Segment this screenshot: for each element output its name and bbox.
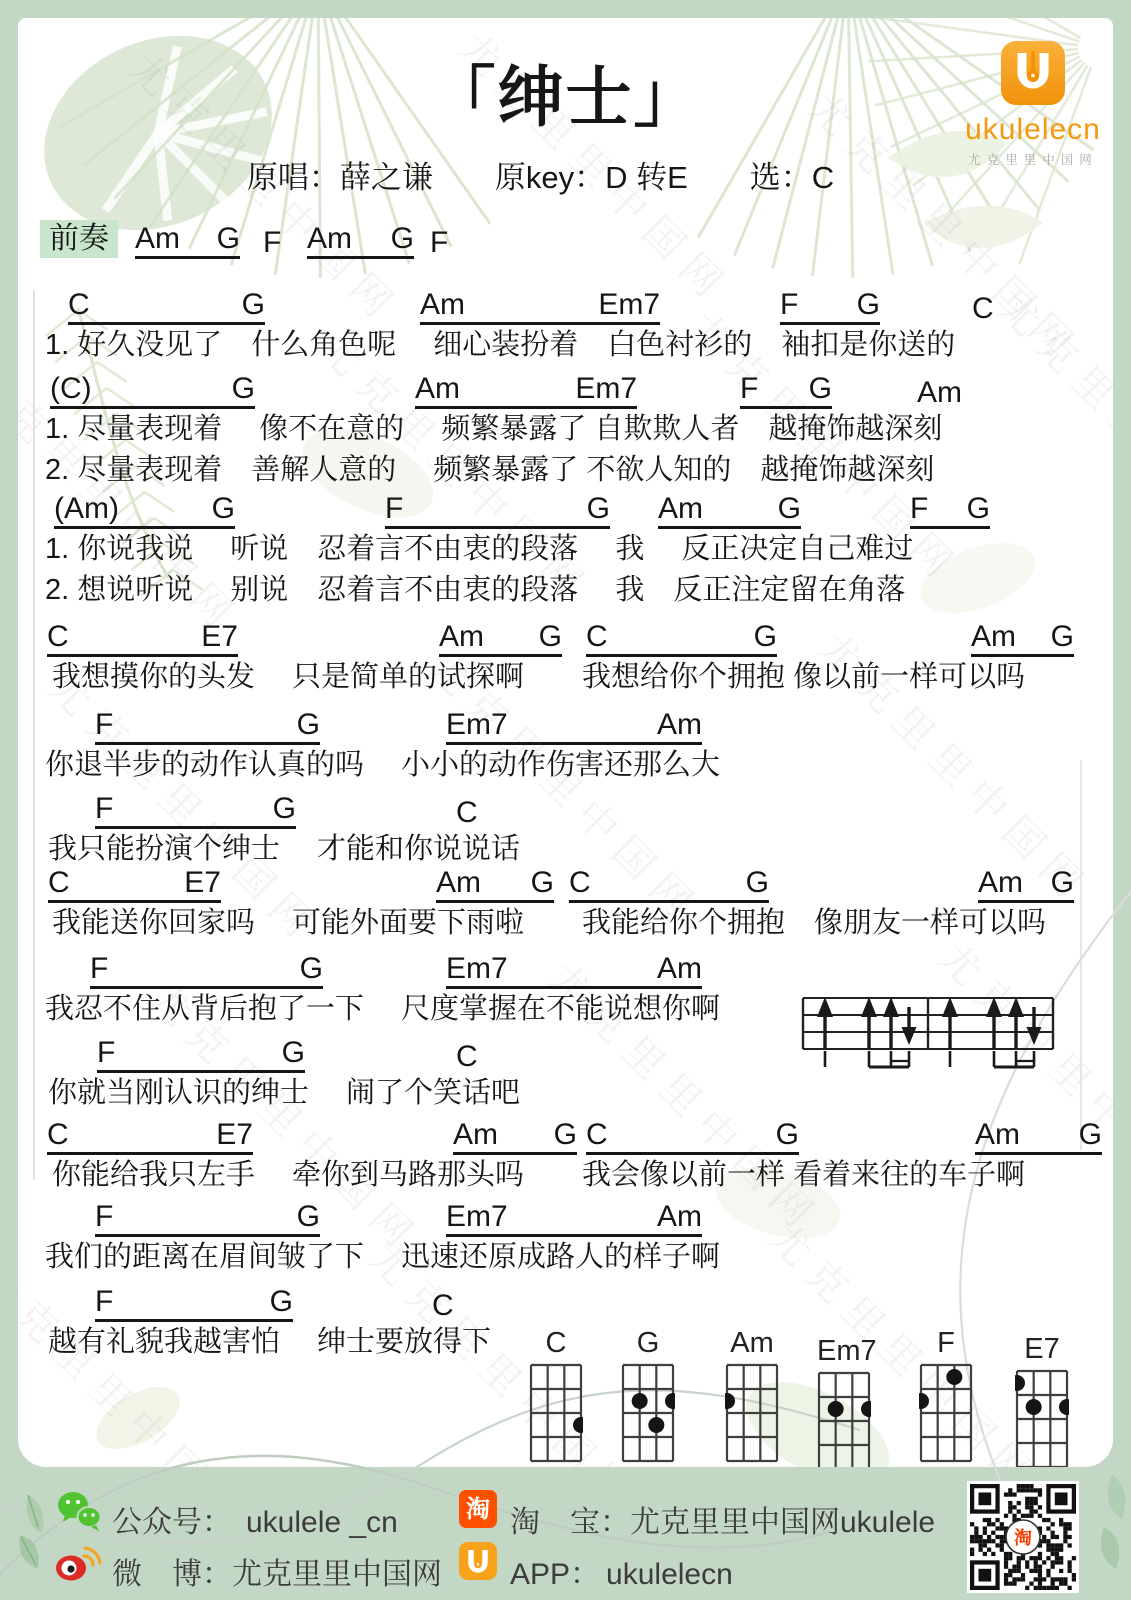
chord-row: (Am)GFGAmGFG [18, 492, 1113, 529]
chord-group: CG [586, 620, 777, 657]
chord: F [385, 492, 403, 525]
chord: G [809, 372, 832, 405]
lyric-line: 2. 尽量表现着 善解人意的 频繁暴露了 不欲人知的 越掩饰越深刻 [18, 450, 1113, 491]
chord: Em7 [575, 372, 637, 405]
chord-group: FG [910, 492, 990, 529]
chord-diagram-G: G [621, 1328, 675, 1467]
chord-diagram-label: F [919, 1328, 973, 1358]
chord-row: FGEm7Am [18, 952, 1113, 989]
chord: G [857, 288, 880, 321]
chord-diagram-label: Em7 [817, 1336, 871, 1366]
chord: (C) [50, 372, 92, 405]
weibo-value: 尤克里里中国网 [232, 1558, 442, 1591]
chord-row: FGC [18, 1285, 1113, 1322]
leaf-decoration [8, 1475, 78, 1585]
chord-diagram-E7: E7 [1015, 1334, 1069, 1467]
chord-group: AmG [658, 492, 801, 529]
chord: G [212, 492, 235, 525]
chord: Am [453, 1118, 498, 1151]
chord: G [776, 1118, 799, 1151]
chord: E7 [184, 866, 221, 899]
chord-group: Em7Am [446, 1200, 702, 1237]
chord-group: F [263, 226, 281, 259]
chord: Am [975, 1118, 1020, 1151]
chord: Am [658, 492, 703, 525]
sheet-card: 尤克里里中国网尤克里里中国网尤克里里中国网尤克里里中国网尤克里里中国网尤克里里中… [18, 18, 1113, 1467]
chord: F [97, 1036, 115, 1069]
chord-group: FG [95, 792, 296, 829]
chord-group: CE7 [47, 1118, 253, 1155]
chord: G [539, 620, 562, 653]
strumming-pattern [797, 986, 1059, 1079]
chord-sheet-page: 尤克里里中国网尤克里里中国网尤克里里中国网尤克里里中国网尤克里里中国网尤克里里中… [0, 0, 1131, 1600]
leaf-decoration [1082, 1469, 1131, 1589]
app-icon [458, 1541, 498, 1581]
chord-row: FGEm7Am [18, 1200, 1113, 1237]
chord: G [1051, 620, 1074, 653]
chord: G [297, 708, 320, 741]
chord: C [48, 866, 70, 899]
lyric-line: 1. 好久没见了 什么角色呢 细心装扮着 白色衬衫的 袖扣是你送的 [18, 325, 1113, 366]
chord: G [754, 620, 777, 653]
chord: Am [135, 222, 180, 255]
intro-label: 前奏 [40, 220, 118, 258]
chord-diagram-label: C [529, 1328, 583, 1358]
chord: Em7 [446, 952, 508, 985]
chord-group: CG [569, 866, 769, 903]
chord-group: FG [780, 288, 880, 325]
taobao-icon: 淘 [458, 1489, 498, 1529]
chord-group: CG [68, 288, 265, 325]
chord-row: FGC [18, 792, 1113, 829]
chord: Am [307, 222, 352, 255]
song-line: (C)GAmEm7FGAm1. 尽量表现着 像不在意的 频繁暴露了 自欺欺人者 … [18, 372, 1113, 491]
chord: (Am) [54, 492, 119, 525]
logo-name: ukulelecn [938, 113, 1113, 147]
chord-group: CE7 [47, 620, 238, 657]
chord: C [972, 292, 994, 325]
chord: F [90, 952, 108, 985]
chord: Am [436, 866, 481, 899]
chord: F [740, 372, 758, 405]
taobao-row: 淘 宝：尤克里里中国网ukulele [510, 1497, 935, 1541]
chord-group: CE7 [48, 866, 221, 903]
chord-group: C [456, 796, 478, 829]
song-line: CGAmEm7FGC1. 好久没见了 什么角色呢 细心装扮着 白色衬衫的 袖扣是… [18, 288, 1113, 366]
chord: F [95, 792, 113, 825]
chord: Am [917, 376, 962, 409]
song-line: FGC我只能扮演个绅士 才能和你说说话 [18, 792, 1113, 870]
taobao-label: 淘 宝： [510, 1506, 630, 1539]
wechat-value: ukulele _cn [246, 1506, 398, 1539]
chord: C [47, 1118, 69, 1151]
chord: C [586, 1118, 608, 1151]
chord: G [1051, 866, 1074, 899]
chord-group: AmG [439, 620, 562, 657]
song-meta: 原唱：薛之谦 原key：D 转E 选：C [18, 152, 1088, 197]
chord: G [232, 372, 255, 405]
wechat-row: 公众号：ukulele _cn [112, 1497, 398, 1541]
chord-diagram-Em7: Em7 [817, 1336, 871, 1467]
chord: Am [420, 288, 465, 321]
chord-group: (C)G [50, 372, 255, 409]
lyric-line: 2. 想说听说 别说 忍着言不由衷的段落 我 反正注定留在角落 [18, 570, 1113, 611]
chord: F [263, 226, 281, 259]
ukulelecn-logo-icon [1000, 40, 1066, 106]
chord: C [68, 288, 90, 321]
chord: Am [439, 620, 484, 653]
chord: G [967, 492, 990, 525]
chord-group: FG [95, 1200, 320, 1237]
weibo-row: 微 博：尤克里里中国网 [112, 1549, 442, 1593]
chord-group: FG [740, 372, 832, 409]
chord: C [586, 620, 608, 653]
song-line: CE7AmGCGAmG我能送你回家吗 可能外面要下雨啦 我能给你个拥抱 像朋友一… [18, 866, 1113, 944]
chord-diagram-label: E7 [1015, 1334, 1069, 1364]
wechat-label: 公众号： [112, 1506, 232, 1539]
chord: Am [971, 620, 1016, 653]
chord: G [746, 866, 769, 899]
lyric-line: 你能给我只左手 牵你到马路那头吗 我会像以前一样 看着来往的车子啊 [18, 1155, 1113, 1196]
chord-group: C [972, 292, 994, 325]
chord: G [778, 492, 801, 525]
chord: F [430, 226, 448, 259]
svg-text:淘: 淘 [1014, 1527, 1032, 1548]
site-logo: ukulelecn 尤克里里中国网 [938, 40, 1113, 168]
chord: G [217, 222, 240, 255]
chord-group: AmG [307, 222, 414, 259]
chord-group: CG [586, 1118, 799, 1155]
chord-group: Em7Am [446, 952, 702, 989]
chord-row: FGEm7Am [18, 708, 1113, 745]
lyric-line: 1. 你说我说 听说 忍着言不由衷的段落 我 反正决定自己难过 [18, 529, 1113, 570]
chord: G [391, 222, 414, 255]
chord-row: CGAmEm7FGC [18, 288, 1113, 325]
chord-group: AmEm7 [420, 288, 660, 325]
lyric-line: 你退半步的动作认真的吗 小小的动作伤害还那么大 [18, 745, 1113, 786]
chord: G [270, 1285, 293, 1318]
chord: Am [657, 952, 702, 985]
chord: C [47, 620, 69, 653]
chord-group: FG [97, 1036, 305, 1073]
chord-group: AmG [975, 1118, 1102, 1155]
chord: G [587, 492, 610, 525]
chord-group: AmG [971, 620, 1074, 657]
lyric-line: 我能送你回家吗 可能外面要下雨啦 我能给你个拥抱 像朋友一样可以吗 [18, 903, 1113, 944]
chord-row: CE7AmGCGAmG [18, 1118, 1113, 1155]
chord: F [780, 288, 798, 321]
chord-group: AmG [978, 866, 1074, 903]
chord-diagram-label: G [621, 1328, 675, 1358]
chord: C [569, 866, 591, 899]
chord-group: AmG [135, 222, 240, 259]
lyric-line: 我们的距离在眉间皱了下 迅速还原成路人的样子啊 [18, 1237, 1113, 1278]
chord: E7 [201, 620, 238, 653]
chord: F [910, 492, 928, 525]
chord: G [242, 288, 265, 321]
chord-group: FG [90, 952, 323, 989]
chord-group: AmEm7 [415, 372, 637, 409]
chord: Em7 [446, 1200, 508, 1233]
chord-group: C [432, 1289, 454, 1322]
intro-chord-row: 前奏 AmGFAmGF [18, 222, 1113, 259]
song-line: FGEm7Am你退半步的动作认真的吗 小小的动作伤害还那么大 [18, 708, 1113, 786]
intro-section: 前奏 AmGFAmGF [18, 222, 1113, 259]
chord: C [456, 796, 478, 829]
chord: Am [978, 866, 1023, 899]
chord: G [300, 952, 323, 985]
app-row: APP：ukulelecn [510, 1549, 733, 1593]
chord: C [456, 1040, 478, 1073]
lyric-line: 1. 尽量表现着 像不在意的 频繁暴露了 自欺欺人者 越掩饰越深刻 [18, 409, 1113, 450]
qr-code: 淘 [967, 1481, 1079, 1598]
chord: Am [657, 708, 702, 741]
chord: C [432, 1289, 454, 1322]
chord-group: FG [385, 492, 610, 529]
chord: Em7 [598, 288, 660, 321]
chord-group: FG [95, 708, 320, 745]
chord-row: (C)GAmEm7FGAm [18, 372, 1113, 409]
lyric-line: 我只能扮演个绅士 才能和你说说话 [18, 829, 1113, 870]
chord-diagram-Am: Am [725, 1328, 779, 1467]
chord-group: Em7Am [446, 708, 702, 745]
chord-group: F [430, 226, 448, 259]
chord: F [95, 1285, 113, 1318]
chord-row: CE7AmGCGAmG [18, 866, 1113, 903]
song-line: (Am)GFGAmGFG1. 你说我说 听说 忍着言不由衷的段落 我 反正决定自… [18, 492, 1113, 611]
chord-diagram-F: F [919, 1328, 973, 1467]
song-line: CE7AmGCGAmG我想摸你的头发 只是简单的试探啊 我想给你个拥抱 像以前一… [18, 620, 1113, 698]
app-label: APP： [510, 1558, 600, 1591]
chord: G [554, 1118, 577, 1151]
chord: G [1079, 1118, 1102, 1151]
chord-row: CE7AmGCGAmG [18, 620, 1113, 657]
lyric-line: 你就当刚认识的绅士 闹了个笑话吧 [18, 1073, 1113, 1114]
taobao-value: 尤克里里中国网ukulele [630, 1506, 935, 1539]
weibo-label: 微 博： [112, 1558, 232, 1591]
chord-diagram-label: Am [725, 1328, 779, 1358]
logo-subtitle: 尤克里里中国网 [938, 150, 1113, 168]
chord: G [282, 1036, 305, 1069]
chord-group: AmG [436, 866, 554, 903]
chord: F [95, 1200, 113, 1233]
svg-text:淘: 淘 [466, 1495, 490, 1523]
chord: Am [415, 372, 460, 405]
chord: Em7 [446, 708, 508, 741]
chord-group: Am [917, 376, 962, 409]
chord: G [531, 866, 554, 899]
chord: E7 [216, 1118, 253, 1151]
footer-bar: 公众号：ukulele _cn 淘 淘 宝：尤克里里中国网ukulele 微 博… [0, 1467, 1131, 1600]
chord-group: AmG [453, 1118, 577, 1155]
app-value: ukulelecn [606, 1558, 733, 1591]
song-line: CE7AmGCGAmG你能给我只左手 牵你到马路那头吗 我会像以前一样 看着来往… [18, 1118, 1113, 1196]
chord: G [297, 1200, 320, 1233]
chord-group: FG [95, 1285, 293, 1322]
chord: F [95, 708, 113, 741]
chord: Am [657, 1200, 702, 1233]
song-line: FGEm7Am我们的距离在眉间皱了下 迅速还原成路人的样子啊 [18, 1200, 1113, 1278]
chord-group: C [456, 1040, 478, 1073]
chord-diagram-C: C [529, 1328, 583, 1467]
chord-group: (Am)G [54, 492, 235, 529]
chord: G [273, 792, 296, 825]
lyric-line: 我想摸你的头发 只是简单的试探啊 我想给你个拥抱 像以前一样可以吗 [18, 657, 1113, 698]
